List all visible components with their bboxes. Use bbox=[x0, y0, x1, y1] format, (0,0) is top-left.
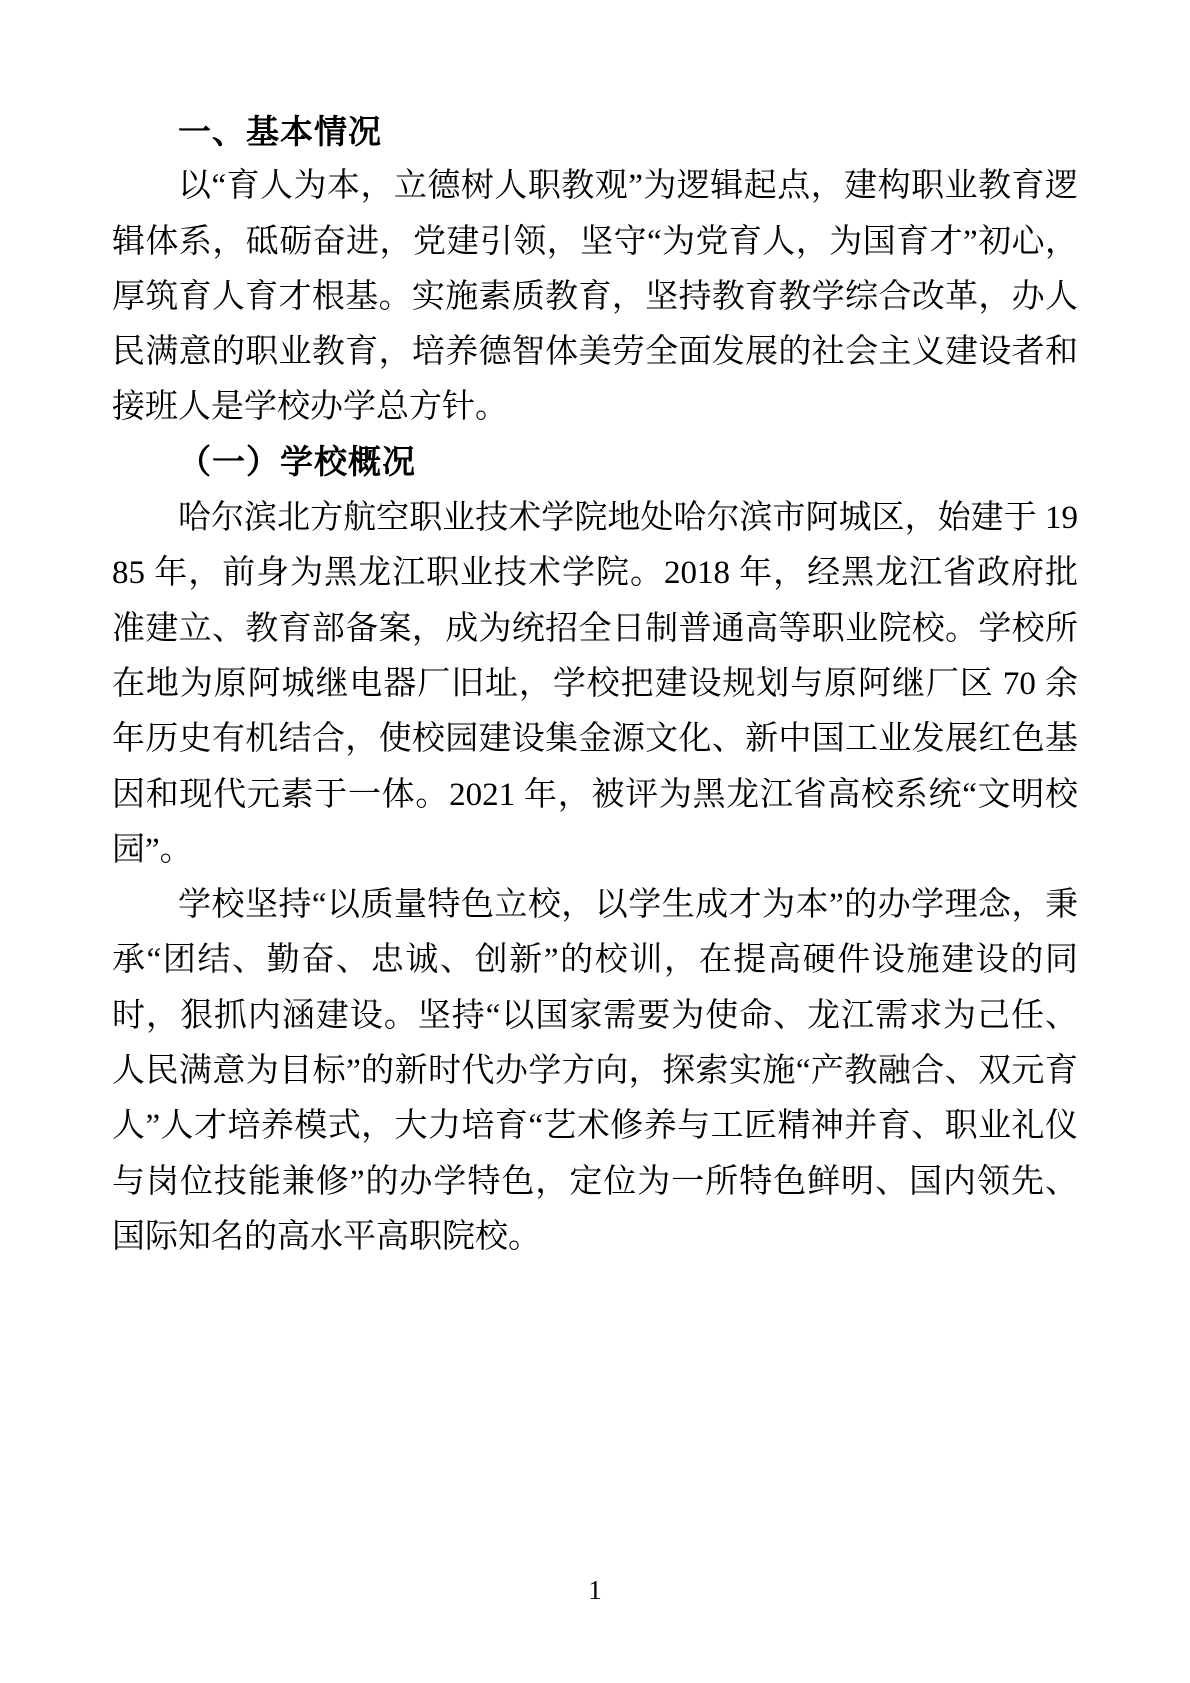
paragraph-school-mission: 学校坚持“以质量特色立校，以学生成才为本”的办学理念，秉承“团结、勤奋、忠诚、创… bbox=[112, 878, 1078, 1265]
subsection-heading-school-overview: （一）学校概况 bbox=[112, 436, 1078, 491]
paragraph-school-history: 哈尔滨北方航空职业技术学院地处哈尔滨市阿城区，始建于 1985 年，前身为黑龙江… bbox=[112, 491, 1078, 878]
document-content: 一、基本情况 以“育人为本，立德树人职教观”为逻辑起点，建构职业教育逻辑体系，砥… bbox=[112, 104, 1078, 1265]
paragraph-education-philosophy: 以“育人为本，立德树人职教观”为逻辑起点，建构职业教育逻辑体系，砥砺奋进，党建引… bbox=[112, 159, 1078, 435]
document-page: 一、基本情况 以“育人为本，立德树人职教观”为逻辑起点，建构职业教育逻辑体系，砥… bbox=[0, 0, 1190, 1683]
section-heading-basic-situation: 一、基本情况 bbox=[112, 104, 1078, 159]
page-number: 1 bbox=[0, 1572, 1190, 1608]
